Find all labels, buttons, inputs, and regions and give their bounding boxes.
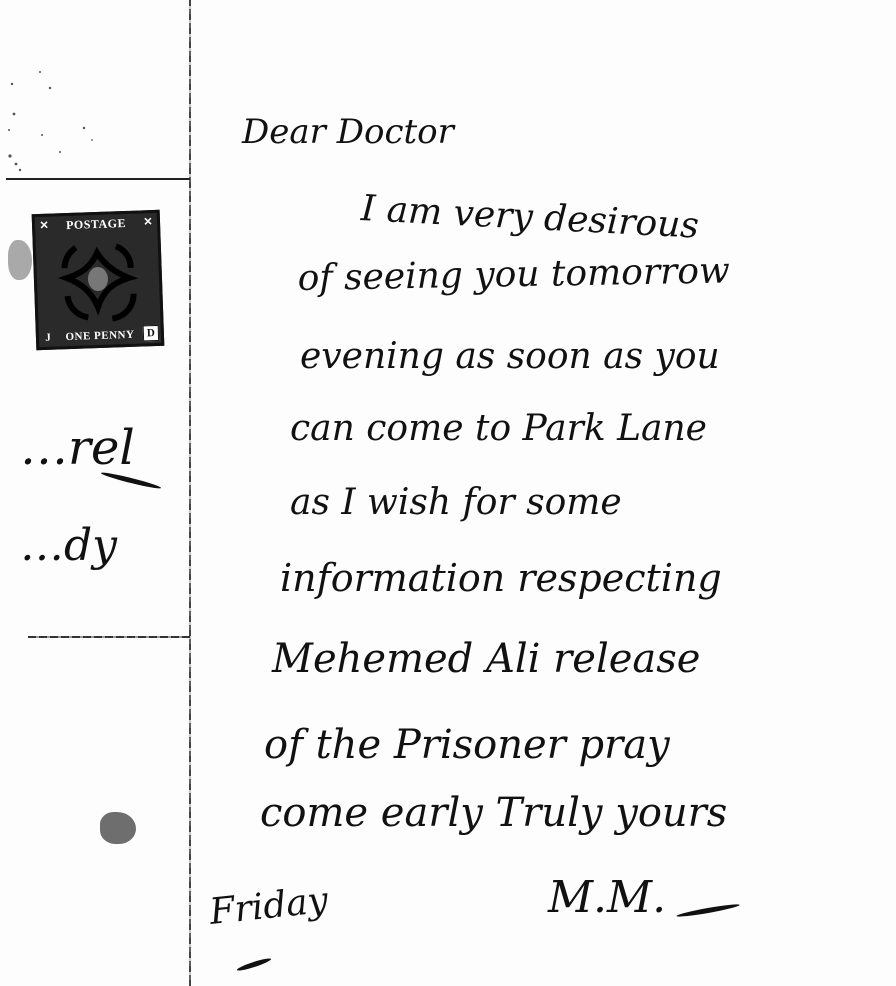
margin-fragment-1: …rel — [20, 420, 135, 476]
stamp-corner-star-icon: ✕ — [141, 215, 155, 229]
ink-smudge-stamp-left — [8, 240, 32, 280]
letter-line-9: come early Truly yours — [260, 790, 727, 836]
stamp-top-label: POSTAGE — [53, 216, 139, 233]
paper-speckles — [0, 60, 110, 180]
maltese-cross-postmark-icon — [49, 231, 146, 330]
stamp-bottom-label: ONE PENNY — [53, 327, 147, 344]
letter-line-1: I am very desirous — [360, 188, 700, 247]
letter-line-2: of seeing you tomorrow — [297, 250, 730, 299]
letter-line-4: can come to Park Lane — [290, 408, 707, 449]
margin-fragment-2: …dy — [20, 520, 117, 571]
horizontal-fold-line-middle — [28, 636, 190, 638]
signature: M.M. — [548, 872, 666, 923]
stamp-corner-star-icon: ✕ — [37, 219, 51, 233]
day-note-flourish-stroke — [236, 957, 272, 973]
salutation: Dear Doctor — [242, 112, 454, 152]
letter-line-7: Mehemed Ali release — [272, 636, 700, 682]
letter-line-3: evening as soon as you — [300, 336, 720, 377]
vertical-fold-line — [189, 0, 191, 986]
letter-line-5: as I wish for some — [290, 482, 622, 523]
day-note: Friday — [208, 880, 330, 933]
letter-line-6: information respecting — [280, 556, 722, 600]
letter-line-8: of the Prisoner pray — [264, 722, 670, 768]
letter-page: ✕ POSTAGE ✕ J ONE PENNY D …rel …dy Dear … — [0, 0, 896, 986]
signature-flourish-stroke — [676, 902, 740, 918]
stamp-check-letter-right: D — [143, 325, 160, 342]
ink-blot — [100, 812, 136, 844]
penny-black-stamp: ✕ POSTAGE ✕ J ONE PENNY D — [32, 210, 165, 350]
